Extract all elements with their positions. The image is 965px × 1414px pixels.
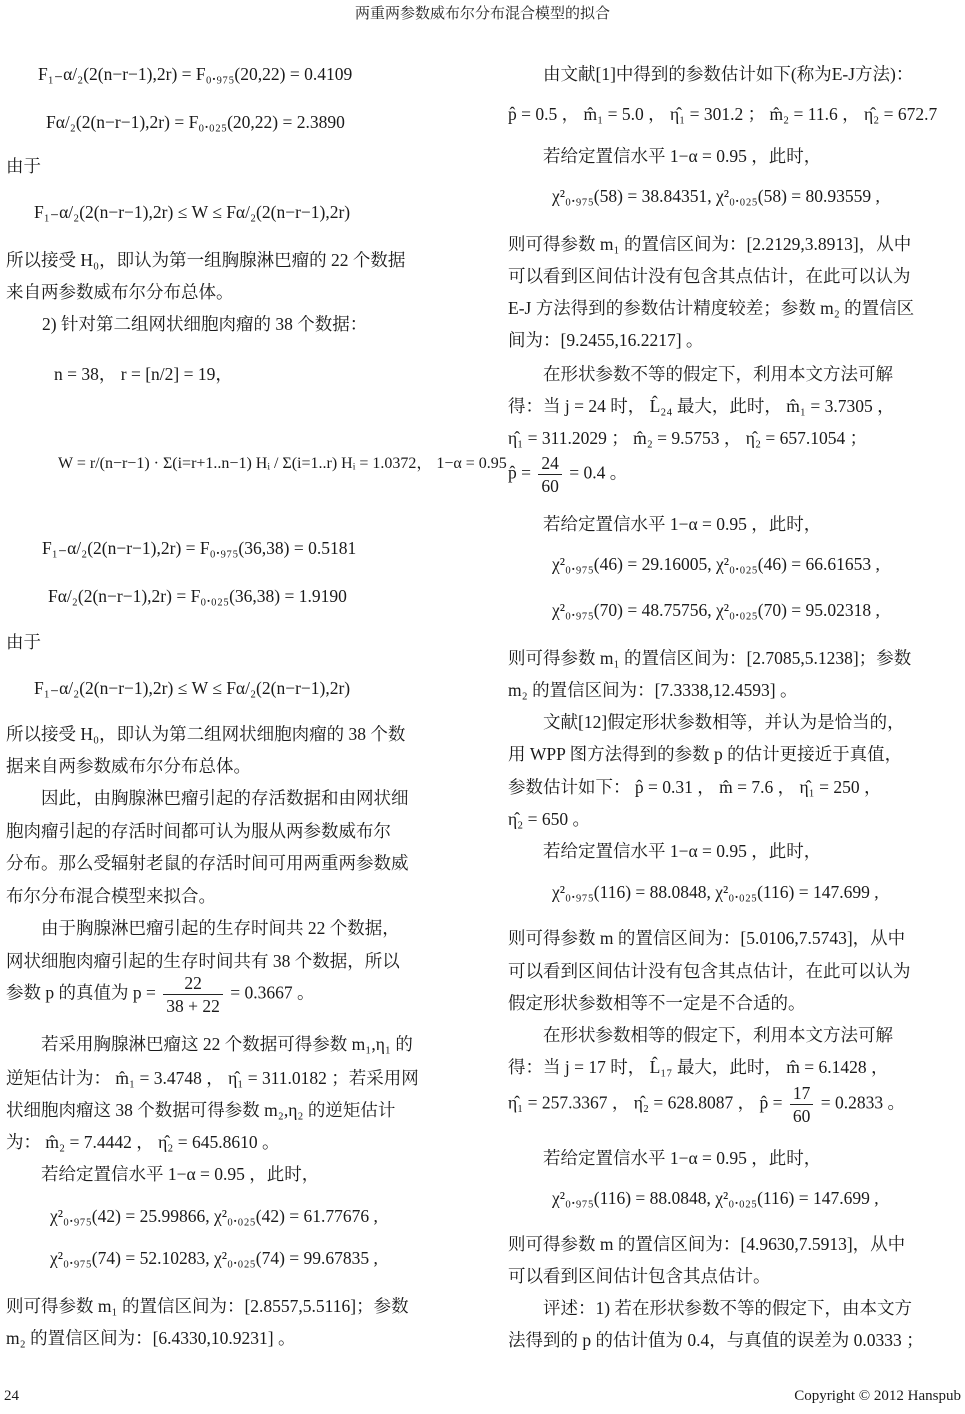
equal-line-3: η̂₁ = 257.3367 ， η̂₂ = 628.8087 ， p̂ = 1… [508,1082,965,1127]
confidence-level-5: 若给定置信水平 1−α = 0.95 ，此时， [508,1142,965,1175]
ref12-ci-line-2: 可以看到区间估计没有包含其点估计，在此可以认为 [508,955,965,988]
chi-square-116-a: χ²₀.₉₇₅(116) = 88.0848, χ²₀.₀₂₅(116) = 1… [552,876,965,909]
equation-f-upper-1: Fα/₂(2(n−r−1),2r) = F₀.₀₂₅(20,22) = 2.38… [46,106,508,139]
ref12-line-3: 参数估计如下： p̂ = 0.31 ， m̂ = 7.6 ， η̂₁ = 250… [508,771,965,804]
inverse-line-2: 逆矩估计为： m̂₁ = 3.4748 ， η̂₁ = 311.0182 ；若采… [6,1062,468,1095]
ej-ci-line-3: E-J 方法得到的参数估计精度较差；参数 m₂ 的置信区 [508,292,965,325]
inequality-2: F₁₋α/₂(2(n−r−1),2r) ≤ W ≤ Fα/₂(2(n−r−1),… [34,672,496,705]
running-title: 两重两参数威布尔分布混合模型的拟合 [0,2,965,23]
therefore-line-3: 分布。那么受辐射老鼠的存活时间可用两重两参数威 [6,847,468,880]
n-r-equation: n = 38， r = [n/2] = 19， [54,358,516,391]
inequality-1: F₁₋α/₂(2(n−r−1),2r) ≤ W ≤ Fα/₂(2(n−r−1),… [34,196,496,229]
accept2-line-1: 所以接受 H₀，即认为第二组网状细胞肉瘤的 38 个数 [6,718,468,751]
inverse-line-4: 为： m̂₂ = 7.4442 ， η̂₂ = 645.8610 。 [6,1126,468,1159]
item-2-heading: 2) 针对第二组网状细胞肉瘤的 38 个数据： [42,308,504,341]
p-hat-fraction-1: 2460 [538,452,562,497]
unequal-line-3: η̂₁ = 311.2029 ； m̂₂ = 9.5753 ， η̂₂ = 65… [508,422,965,455]
ci-line-2: m₂ 的置信区间为：[6.4330,10.9231] 。 [6,1322,468,1355]
inverse-line-3: 状细胞肉瘤这 38 个数据可得参数 m₂,η₂ 的逆矩估计 [6,1094,468,1127]
inverse-line-1: 若采用胸腺淋巴瘤这 22 个数据可得参数 m₁,η₁ 的 [6,1028,468,1061]
p-true-equation: 参数 p 的真值为 p = 2238 + 22 = 0.3667 。 [6,972,468,1017]
page-number: 24 [4,1388,19,1405]
ref12-ci-line-1: 则可得参数 m 的置信区间为：[5.0106,7.5743]，从中 [508,922,965,955]
comment-line-2: 法得到的 p 的估计值为 0.4，与真值的误差为 0.0333 ； [508,1324,965,1357]
ej-ci-line-4: 间为：[9.2455,16.2217] 。 [508,324,965,357]
accept-line-1: 所以接受 H₀，即认为第一组胸腺淋巴瘤的 22 个数据 [6,244,468,277]
ej-estimates: p̂ = 0.5 ， m̂₁ = 5.0 ， η̂₁ = 301.2 ； m̂₂… [508,98,965,131]
ej-intro: 由文献[1]中得到的参数估计如下(称为E-J方法)： [508,58,965,91]
equation-f-lower-2: F₁₋α/₂(2(n−r−1),2r) = F₀.₉₇₅(36,38) = 0.… [42,532,504,565]
ej-ci-line-1: 则可得参数 m₁ 的置信区间为：[2.2129,3.8913]，从中 [508,228,965,261]
unequal-line-1: 在形状参数不等的假定下，利用本文方法可解 [508,358,965,391]
equal-ci-line-2: 可以看到区间估计包含其点估计。 [508,1260,965,1293]
chi-square-70: χ²₀.₉₇₅(70) = 48.75756, χ²₀.₀₂₅(70) = 95… [552,594,965,627]
unequal-ci-line-1: 则可得参数 m₁ 的置信区间为：[2.7085,5.1238]；参数 [508,642,965,675]
equal-ci-line-1: 则可得参数 m 的置信区间为：[4.9630,7.5913]，从中 [508,1228,965,1261]
chi-square-74: χ²₀.₉₇₅(74) = 52.10283, χ²₀.₀₂₅(74) = 99… [50,1242,512,1275]
ref12-line-1: 文献[12]假定形状参数相等，并认为是恰当的， [508,706,965,739]
ej-ci-line-2: 可以看到区间估计没有包含其点估计，在此可以认为 [508,260,965,293]
chi-square-42: χ²₀.₉₇₅(42) = 25.99866, χ²₀.₀₂₅(42) = 61… [50,1200,512,1233]
accept2-line-2: 据来自两参数威布尔分布总体。 [6,750,468,783]
equal-line-2: 得：当 j = 17 时， L̂₁₇ 最大，此时， m̂ = 6.1428 ， [508,1051,965,1084]
confidence-level-1: 若给定置信水平 1−α = 0.95 ，此时， [6,1158,468,1191]
ref12-line-4: η̂₂ = 650 。 [508,803,965,836]
confidence-level-2: 若给定置信水平 1−α = 0.95 ，此时， [508,140,965,173]
unequal-ci-line-2: m₂ 的置信区间为：[7.3338,12.4593] 。 [508,674,965,707]
equation-f-upper-2: Fα/₂(2(n−r−1),2r) = F₀.₀₂₅(36,38) = 1.91… [48,580,510,613]
p-true-fraction: 2238 + 22 [163,972,223,1017]
confidence-level-4: 若给定置信水平 1−α = 0.95 ，此时， [508,835,965,868]
p-hat-equation-1: p̂ = 2460 = 0.4 。 [508,452,965,497]
ci-line-1: 则可得参数 m₁ 的置信区间为：[2.8557,5.5116]；参数 [6,1290,468,1323]
equal-line-1: 在形状参数相等的假定下，利用本文方法可解 [508,1019,965,1052]
since-label-2: 由于 [6,626,468,659]
unequal-line-2: 得：当 j = 24 时， L̂₂₄ 最大，此时， m̂₁ = 3.7305 ， [508,390,965,423]
therefore-line-4: 布尔分布混合模型来拟合。 [6,880,468,913]
ref12-ci-line-3: 假定形状参数相等不一定是不合适的。 [508,987,965,1020]
p-hat-fraction-2: 1760 [790,1082,814,1127]
comment-line-1: 评述：1) 若在形状参数不等的假定下，由本文方 [508,1292,965,1325]
equation-f-lower-1: F₁₋α/₂(2(n−r−1),2r) = F₀.₉₇₅(20,22) = 0.… [38,58,500,91]
since-label-1: 由于 [6,150,468,183]
accept-line-2: 来自两参数威布尔分布总体。 [6,276,468,309]
chi-square-58: χ²₀.₉₇₅(58) = 38.84351, χ²₀.₀₂₅(58) = 80… [552,180,965,213]
copyright: Copyright © 2012 Hanspub [794,1388,961,1405]
chi-square-46: χ²₀.₉₇₅(46) = 29.16005, χ²₀.₀₂₅(46) = 66… [552,548,965,581]
ref12-line-2: 用 WPP 图方法得到的参数 p 的估计更接近于真值， [508,738,965,771]
confidence-level-3: 若给定置信水平 1−α = 0.95 ，此时， [508,508,965,541]
therefore-line-2: 胞肉瘤引起的存活时间都可认为服从两参数威布尔 [6,815,468,848]
therefore-line-1: 因此，由胸腺淋巴瘤引起的存活数据和由网状细 [6,782,468,815]
chi-square-116-b: χ²₀.₉₇₅(116) = 88.0848, χ²₀.₀₂₅(116) = 1… [552,1182,965,1215]
p-true-line-1: 由于胸腺淋巴瘤引起的生存时间共 22 个数据， [6,912,468,945]
w-statistic-equation: W = r/(n−r−1) · Σ(i=r+1..n−1) Hᵢ / Σ(i=1… [58,448,520,481]
